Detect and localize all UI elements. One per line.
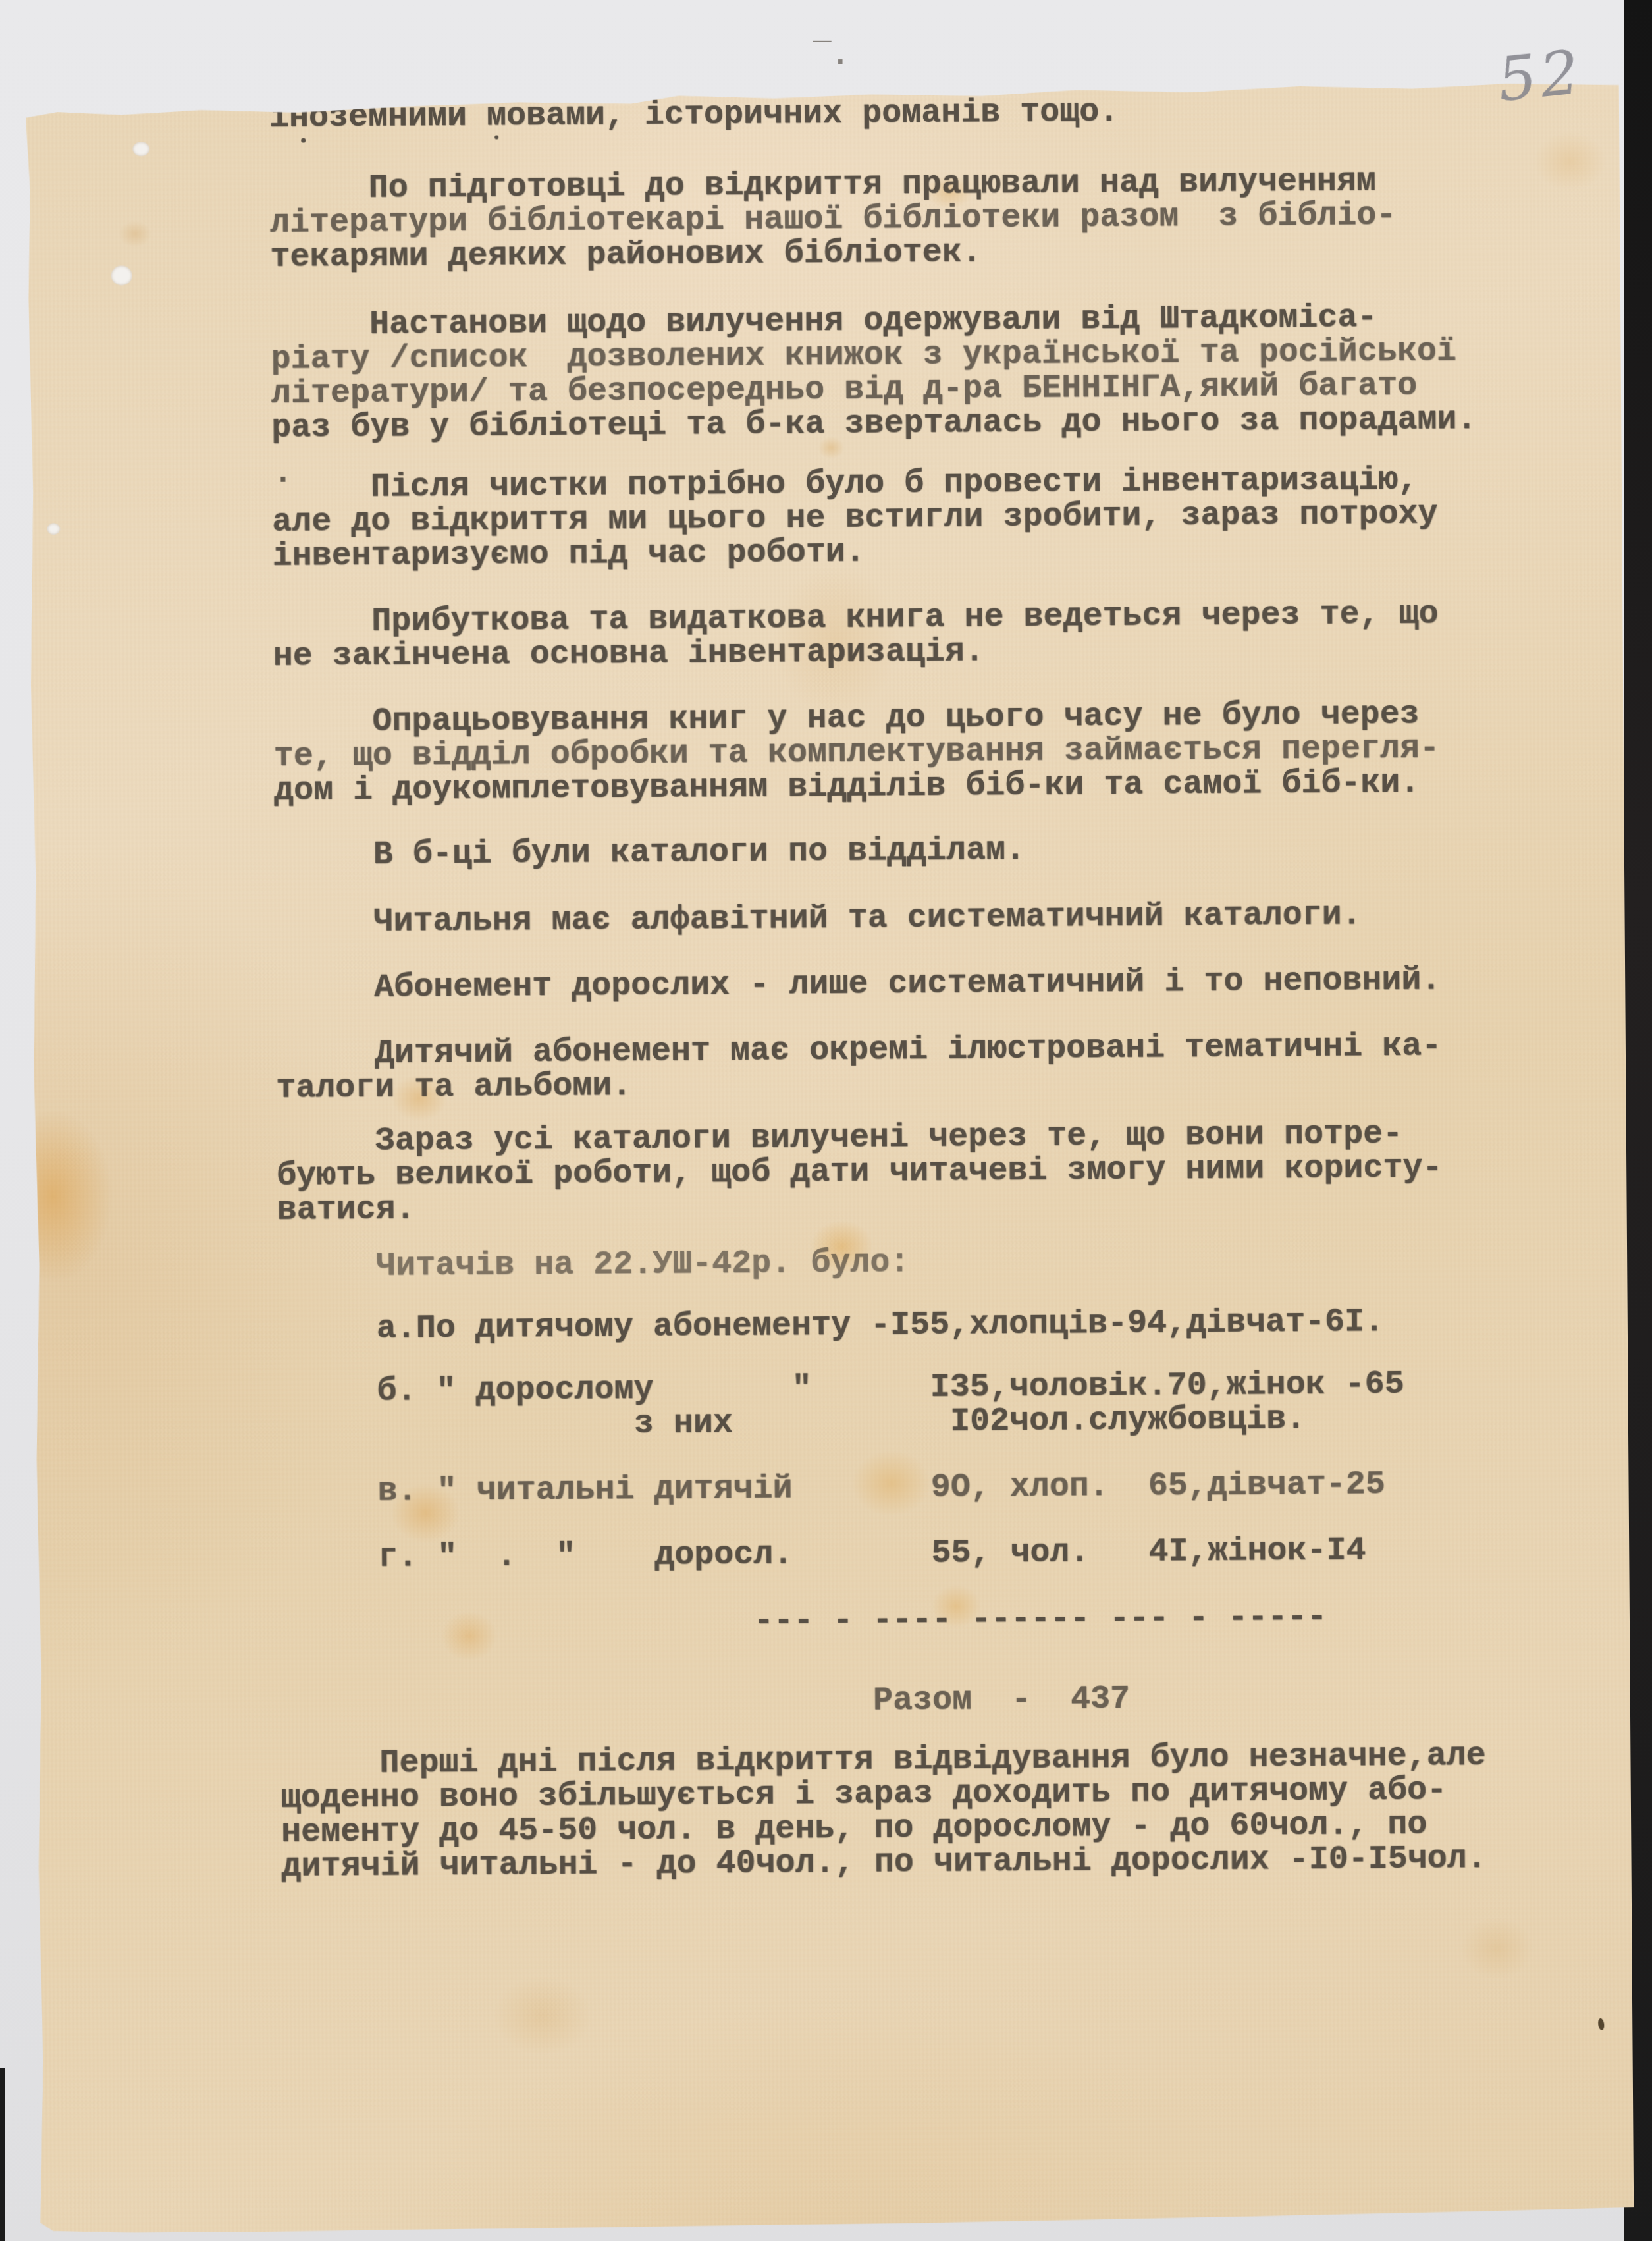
typed-line: раз був у бібліотеці та б-ка зверталась … <box>271 403 1477 446</box>
typed-line: Дитячий абонемент має окремі ілюстровані… <box>276 1030 1442 1072</box>
typed-line: Читальня має алфавітний та систематичний… <box>275 898 1362 940</box>
typed-line: в. " читальні дитячій 9О, хлоп. 65,дівча… <box>279 1468 1385 1510</box>
typed-line: бують великої роботи, щоб дати читачеві … <box>277 1152 1443 1194</box>
paper-hole <box>47 523 60 535</box>
stray-ink-dot: . <box>273 457 293 491</box>
typed-line: Абонемент дорослих - лише систематичний … <box>275 964 1441 1006</box>
film-edge-left <box>0 2068 5 2241</box>
typed-line: не закінчена основна інвентаризація. <box>273 635 985 674</box>
typed-line: дом і доукомплетовуванням відділів біб-к… <box>274 767 1420 809</box>
typed-line: г. " . " доросл. 55, чол. 4І,жінок-І4 <box>279 1534 1366 1576</box>
ink-speck <box>301 138 306 143</box>
typed-divider-line: --- - ---- ------ --- - ----- <box>280 1601 1327 1642</box>
paper-hole <box>132 142 149 156</box>
header-page-mark: ‾. <box>813 41 849 71</box>
typed-line: дитячій читальні - до 40чол., по читальн… <box>281 1842 1487 1885</box>
document-page: іноземними мовами, історичних романів то… <box>26 72 1634 2234</box>
typed-line: з них І02чол.службовців. <box>279 1403 1306 1444</box>
ink-speck <box>494 135 498 139</box>
typed-line: талоги та альбоми. <box>276 1069 631 1106</box>
typed-line: а.По дитячому абонементу -І55,хлопців-94… <box>278 1305 1385 1347</box>
paper-hole <box>111 265 132 285</box>
typed-line: ватися. <box>277 1193 415 1228</box>
typed-line: інвентаризуємо під час роботи. <box>272 536 865 574</box>
typed-line: текарями деяких районових бібліотек. <box>270 236 982 275</box>
typed-line: Разом - 437 <box>280 1683 1131 1723</box>
typed-line: В б-ці були каталоги по відділам. <box>275 834 1026 873</box>
typed-line: Читачів на 22.УШ-42р. було: <box>277 1246 909 1285</box>
pencil-page-number: 52 <box>1495 42 1586 111</box>
